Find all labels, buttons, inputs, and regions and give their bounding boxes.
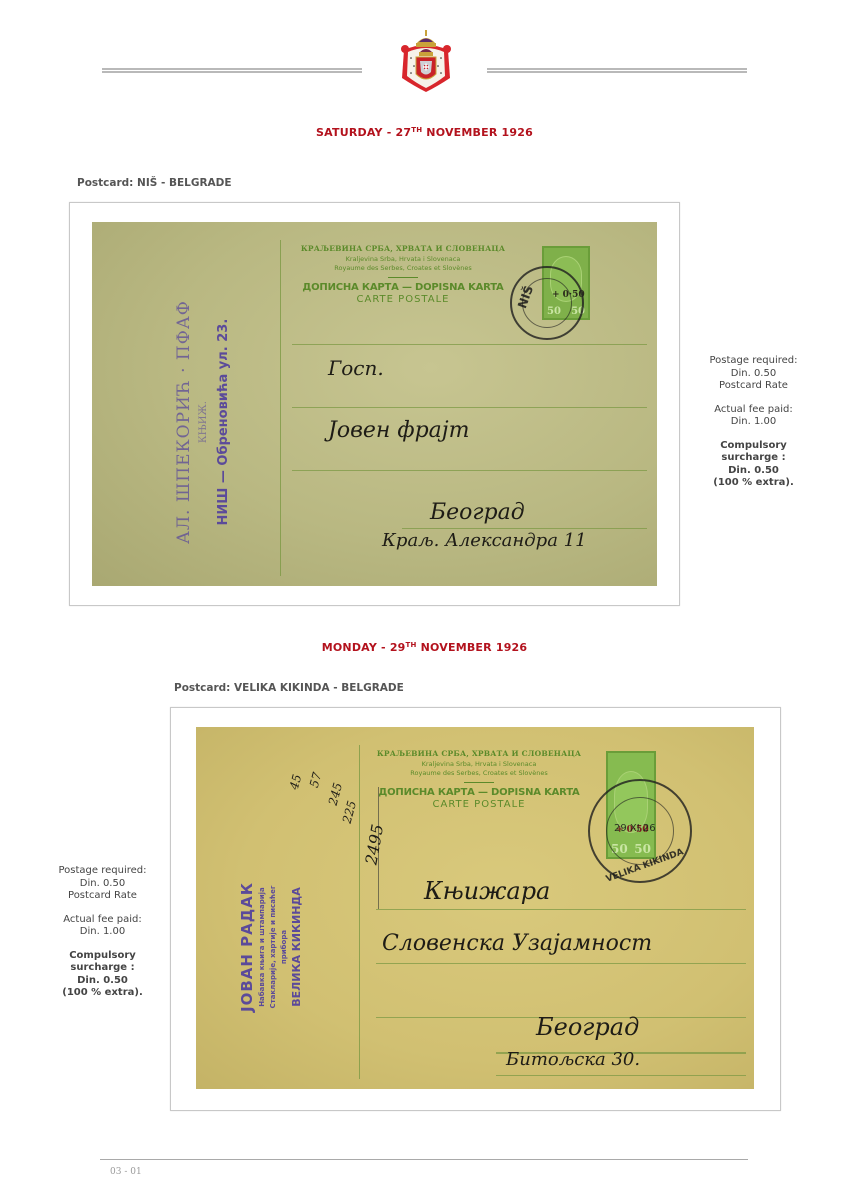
address-handwriting: Словенска Узајамност: [382, 931, 652, 956]
section-1-postage-notes: Postage required: Din. 0.50 Postcard Rat…: [686, 355, 821, 490]
header-rule-left: [102, 68, 362, 73]
postcard-header: КРАЉЕВИНА СРБА, ХРВАТА И СЛОВЕНАЦА Kralj…: [290, 244, 516, 305]
address-handwriting: Госп.: [328, 356, 384, 380]
page-number: 03 - 01: [110, 1167, 142, 1177]
section-1-date-title: SATURDAY - 27TH NOVEMBER 1926: [0, 126, 849, 139]
address-handwriting: Књижара: [424, 877, 550, 905]
address-line: [496, 1075, 746, 1076]
address-line: [376, 963, 746, 964]
pencil-note: 2495: [361, 823, 387, 866]
postmark-velika-kikinda: 29 XI 26 VELIKA KIKINDA: [588, 779, 692, 883]
postcard-divider-line: [359, 745, 360, 1079]
address-line: [292, 470, 647, 471]
postcard-header: КРАЉЕВИНА СРБА, ХРВАТА И СЛОВЕНАЦА Kralj…: [366, 749, 592, 810]
address-handwriting: Београд: [536, 1013, 639, 1041]
address-line: [376, 909, 746, 910]
sender-handstamp: ЈОВАН РАДАК Набавка књига и штампарија С…: [238, 882, 304, 1012]
pencil-note: 45: [287, 773, 304, 791]
section-2-postcard-label: Postcard: VELIKA KIKINDA - BELGRADE: [174, 682, 404, 694]
royal-coat-of-arms-icon: [398, 28, 454, 98]
section-1-postcard-label: Postcard: NIŠ - BELGRADE: [77, 177, 232, 189]
footer-rule: [100, 1159, 748, 1160]
section-2-date-title: MONDAY - 29TH NOVEMBER 1926: [0, 641, 849, 654]
section-2-postage-notes: Postage required: Din. 0.50 Postcard Rat…: [35, 865, 170, 1000]
postcard-velika-kikinda-belgrade[interactable]: ЈОВАН РАДАК Набавка књига и штампарија С…: [196, 727, 754, 1089]
address-handwriting: Јовен фрајт: [328, 418, 469, 443]
postmark-nis: NIŠ: [510, 266, 584, 340]
pencil-note: 245: [326, 781, 345, 807]
address-line: [402, 528, 647, 529]
address-handwriting: Битољска 30.: [506, 1049, 640, 1070]
address-handwriting: Краљ. Александра 11: [382, 530, 587, 551]
address-line: [292, 407, 647, 408]
postcard-nis-belgrade[interactable]: АЛ. ШПЕКОРИЋ · ПФАФ КЊИЖ. НИШ — Обренови…: [92, 222, 657, 586]
address-line: [292, 344, 647, 345]
address-handwriting: Београд: [430, 500, 525, 525]
header-rule-right: [487, 68, 747, 73]
pencil-note: 57: [307, 771, 324, 789]
sender-handstamp: АЛ. ШПЕКОРИЋ · ПФАФ КЊИЖ. НИШ — Обренови…: [170, 300, 238, 544]
postcard-divider-line: [280, 240, 281, 576]
pencil-note: 225: [340, 799, 359, 825]
